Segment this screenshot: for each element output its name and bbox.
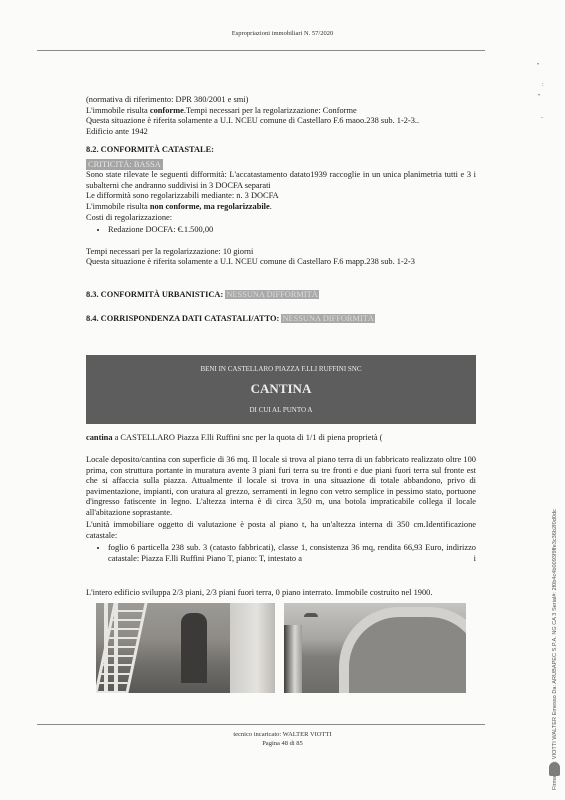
regularization-method: Le difformità sono regolarizzabili media…: [86, 191, 476, 202]
seal-icon: [549, 762, 560, 776]
section-heading-8-3: 8.3. CONFORMITÀ URBANISTICA:: [86, 290, 223, 299]
difformity-paragraph: Sono state rilevate le seguenti difformi…: [86, 170, 476, 191]
regularization-time: Tempi necessari per la regolarizzazione:…: [86, 247, 476, 258]
building-info: L'intero edificio sviluppa 2/3 piani, 2/…: [86, 588, 486, 599]
urbanistic-status: NESSUNA DIFFORMITÀ: [225, 290, 318, 299]
unit-info: L'unità immobiliare oggetto di valutazio…: [86, 520, 476, 541]
page-number: Pagina 48 di 85: [0, 739, 565, 748]
cadastral-deed-status: NESSUNA DIFFORMITÀ: [281, 314, 374, 323]
conformity-status: L'immobile risulta conforme.Tempi necess…: [86, 106, 476, 117]
ladder-shape: [96, 603, 148, 693]
banner-reference: DI CUI AL PUNTO A: [86, 406, 476, 414]
section-heading-8-2: 8.2. CONFORMITÀ CATASTALE:: [86, 145, 476, 156]
footer-divider: [37, 724, 485, 725]
scan-speck: •: [538, 93, 540, 99]
wall-shape: [230, 603, 275, 693]
property-description: Locale deposito/cantina con superficie d…: [86, 455, 476, 519]
conformity-status: L'immobile risulta non conforme, ma rego…: [86, 202, 476, 213]
cadastral-item: foglio 6 particella 238 sub. 3 (catasto …: [108, 543, 476, 564]
header-divider: [37, 50, 485, 51]
digital-signature: Firmato Da: VIOTTI WALTER Emesso Da: ARU…: [552, 509, 558, 790]
page-footer: tecnico incaricato: WALTER VIOTTI Pagina…: [0, 730, 565, 748]
section-heading-8-4: 8.4. CORRISPONDENZA DATI CATASTALI/ATTO:: [86, 314, 279, 323]
section-8-2: 8.2. CONFORMITÀ CATASTALE: CRITICITÀ: BA…: [86, 145, 476, 268]
property-intro: cantina a CASTELLARO Piazza F.lli Ruffin…: [86, 433, 476, 444]
property-photo-1: [96, 603, 275, 693]
lamp-shape: [304, 613, 318, 617]
criticality-badge: CRITICITÀ: BASSA: [86, 159, 163, 170]
scan-speck: -: [541, 115, 543, 121]
cadastral-identification: foglio 6 particella 238 sub. 3 (catasto …: [86, 543, 476, 564]
banner-title: CANTINA: [86, 381, 476, 397]
technician-name: tecnico incaricato: WALTER VIOTTI: [0, 730, 565, 739]
banner-location: BENI IN CASTELLARO PIAZZA F.LLI RUFFINI …: [86, 365, 476, 373]
costs-label: Costi di regolarizzazione:: [86, 213, 476, 224]
scan-speck: •: [537, 62, 539, 68]
situation-reference: Questa situazione è riferita solamente a…: [86, 116, 476, 127]
section-8-4: 8.4. CORRISPONDENZA DATI CATASTALI/ATTO:…: [86, 314, 476, 325]
building-age: Edificio ante 1942: [86, 127, 476, 138]
normative-reference: (normativa di riferimento: DPR 380/2001 …: [86, 95, 476, 106]
cadastral-list: foglio 6 particella 238 sub. 3 (catasto …: [86, 543, 476, 564]
arch-shape: [339, 607, 466, 693]
situation-reference: Questa situazione è riferita solamente a…: [86, 257, 476, 268]
cost-item: Redazione DOCFA: €.1.500,00: [108, 225, 476, 236]
pillar-shape: [284, 625, 302, 693]
section-8-1-tail: (normativa di riferimento: DPR 380/2001 …: [86, 95, 476, 137]
property-photo-2: [284, 603, 466, 693]
property-banner: BENI IN CASTELLARO PIAZZA F.LLI RUFFINI …: [86, 355, 476, 424]
doorway-shape: [181, 613, 207, 683]
page-header: Espropriazioni immobiliari N. 57/2020: [0, 30, 565, 37]
scan-speck: :: [542, 82, 544, 88]
costs-list: Redazione DOCFA: €.1.500,00: [86, 225, 476, 236]
section-8-3: 8.3. CONFORMITÀ URBANISTICA: NESSUNA DIF…: [86, 290, 476, 301]
